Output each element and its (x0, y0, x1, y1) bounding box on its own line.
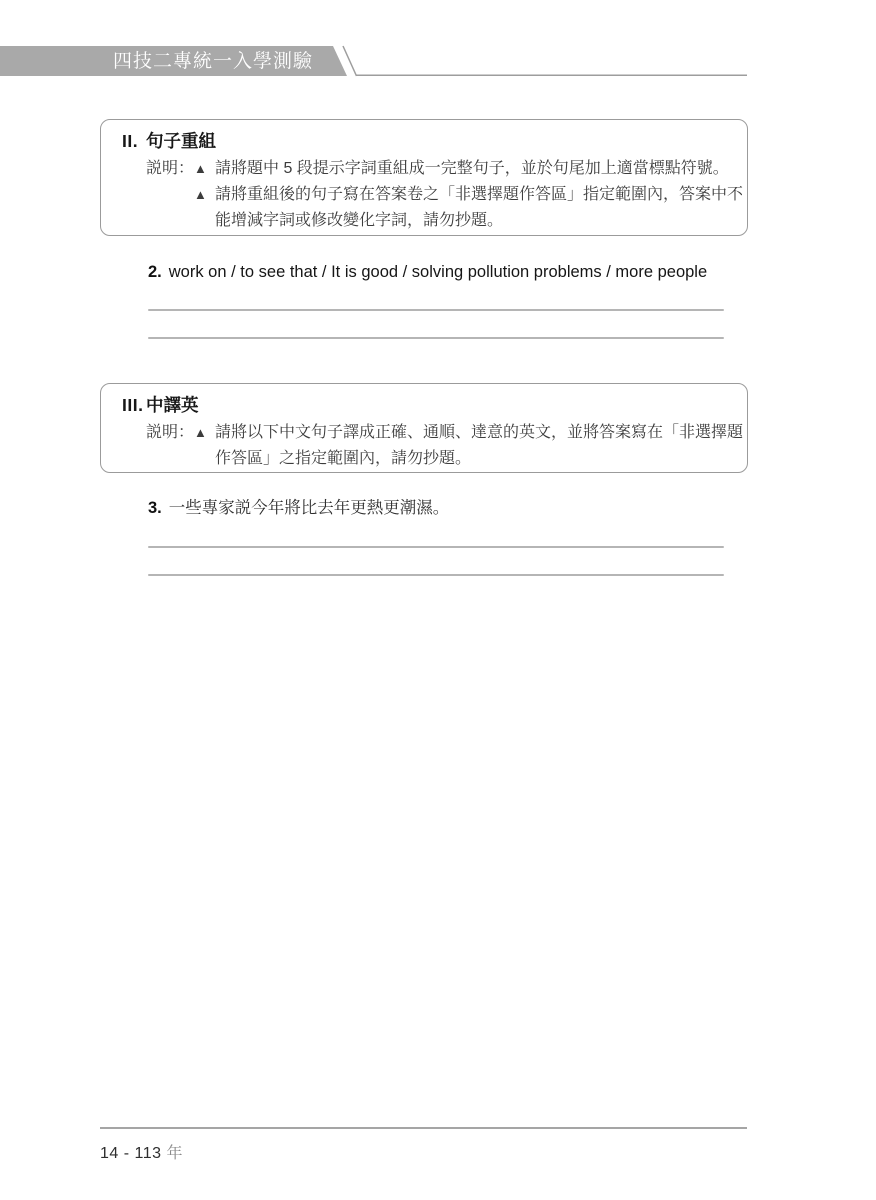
footer-year-label: 年 (167, 1145, 184, 1162)
instruction-bullet: ▲ 請將重組後的句子寫在答案卷之「非選擇題作答區」指定範圍內，答案中不能增減字詞… (194, 182, 747, 234)
triangle-bullet-icon: ▲ (194, 420, 215, 472)
section-instructions: 説明： ▲ 請將題中 5 段提示字詞重組成一完整句子，並於句尾加上適當標點符號。… (122, 156, 743, 234)
answer-line (148, 546, 724, 548)
footer-page-label: 14 - 113年 (100, 1140, 183, 1163)
exam-document-page: 四技二專統一入學測驗 II. 句子重組 説明： ▲ 請將題中 5 段提示字詞重組… (0, 0, 876, 1200)
triangle-bullet-icon: ▲ (194, 182, 215, 234)
instruction-bullet: ▲ 請將以下中文句子譯成正確、通順、達意的英文，並將答案寫在「非選擇題作答區」之… (194, 420, 747, 472)
answer-line (148, 574, 724, 576)
section-title-text: 句子重組 (146, 129, 216, 153)
section-box-translation: III. 中譯英 説明： ▲ 請將以下中文句子譯成正確、通順、達意的英文，並將答… (100, 383, 748, 473)
banner-slash-decoration (0, 0, 876, 90)
banner-title: 四技二專統一入學測驗 (113, 51, 313, 72)
question-text: 一些專家説今年將比去年更熱更潮濕。 (169, 499, 450, 517)
footer-divider (100, 1127, 747, 1129)
instruction-text: 請將重組後的句子寫在答案卷之「非選擇題作答區」指定範圍內，答案中不能增減字詞或修… (215, 182, 747, 234)
footer-page-number: 14 - 113 (100, 1145, 162, 1162)
section-instructions: 説明： ▲ 請將以下中文句子譯成正確、通順、達意的英文，並將答案寫在「非選擇題作… (122, 420, 743, 472)
answer-line (148, 309, 724, 311)
section-numeral: II. (122, 129, 146, 153)
header-banner: 四技二專統一入學測驗 (0, 46, 347, 76)
instruction-text: 請將題中 5 段提示字詞重組成一完整句子，並於句尾加上適當標點符號。 (215, 156, 747, 182)
instructions-label: 説明： (146, 420, 194, 472)
instruction-text: 請將以下中文句子譯成正確、通順、達意的英文，並將答案寫在「非選擇題作答區」之指定… (215, 420, 747, 472)
question-number: 2. (148, 263, 162, 281)
answer-line (148, 337, 724, 339)
triangle-bullet-icon: ▲ (194, 156, 215, 182)
instructions-label: 説明： (146, 156, 194, 234)
question-text: work on / to see that / It is good / sol… (169, 263, 707, 281)
section-title-text: 中譯英 (146, 393, 199, 417)
question-number: 3. (148, 499, 162, 517)
question-item: 2.work on / to see that / It is good / s… (148, 261, 707, 283)
section-numeral: III. (122, 393, 146, 417)
instruction-bullet: ▲ 請將題中 5 段提示字詞重組成一完整句子，並於句尾加上適當標點符號。 (194, 156, 747, 182)
section-title: III. 中譯英 (122, 393, 743, 417)
section-title: II. 句子重組 (122, 129, 743, 153)
section-box-sentence-reorder: II. 句子重組 説明： ▲ 請將題中 5 段提示字詞重組成一完整句子，並於句尾… (100, 119, 748, 236)
question-item: 3.一些專家説今年將比去年更熱更潮濕。 (148, 497, 449, 519)
